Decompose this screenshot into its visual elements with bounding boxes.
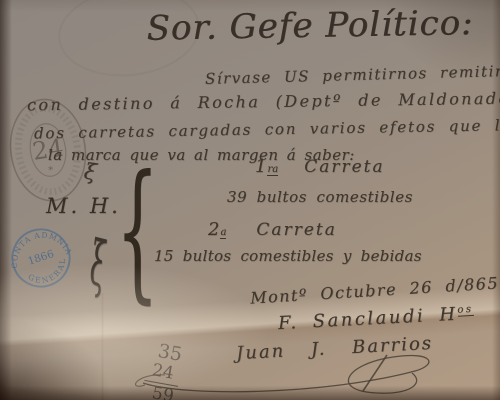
- manuscript-photo: 24 ∗ CONTA ADMNIA GENERAL 1866 Sor. Gefe…: [0, 0, 500, 400]
- cargo-item-1-header: 1ra Carreta: [255, 156, 385, 177]
- stamp-year: 1866: [26, 248, 55, 268]
- signature-1-superscript: os: [457, 304, 474, 317]
- cart-number: 2: [208, 219, 219, 240]
- salutation: Sor. Gefe Político:: [140, 3, 481, 49]
- body-line-3: dos carretas cargadas con varios efetos …: [34, 115, 500, 142]
- cart-label: Carreta: [256, 220, 336, 240]
- cart-ordinal: ra: [267, 165, 278, 176]
- signature-1: F. Sanclaudi Hos: [278, 303, 475, 334]
- cargo-item-1-detail: 39 bultos comestibles: [227, 188, 413, 206]
- body-line-2: con destino á Rocha (Deptº de Maldonado): [27, 89, 500, 115]
- cargo-marca-initials: M. H.: [46, 194, 121, 218]
- grouping-brace: {: [116, 156, 159, 306]
- seal-star-ornament: ∗: [47, 163, 55, 175]
- blue-ink-stamp: CONTA ADMNIA GENERAL 1866: [0, 207, 92, 310]
- body-line-1: Sírvase US permitirnos remitir: [205, 62, 500, 88]
- cargo-item-2-detail: 15 bultos comestibles y bebidas: [154, 247, 422, 265]
- cart-label: Carreta: [304, 157, 384, 177]
- vertical-crease: [101, 293, 104, 400]
- pencil-sum-partial: 59: [150, 383, 175, 400]
- cart-number: 1: [255, 156, 266, 177]
- margin-flourish-bottom: ξ: [89, 228, 106, 303]
- cart-ordinal: a: [220, 228, 226, 239]
- cargo-item-2-header: 2a Carreta: [208, 219, 337, 240]
